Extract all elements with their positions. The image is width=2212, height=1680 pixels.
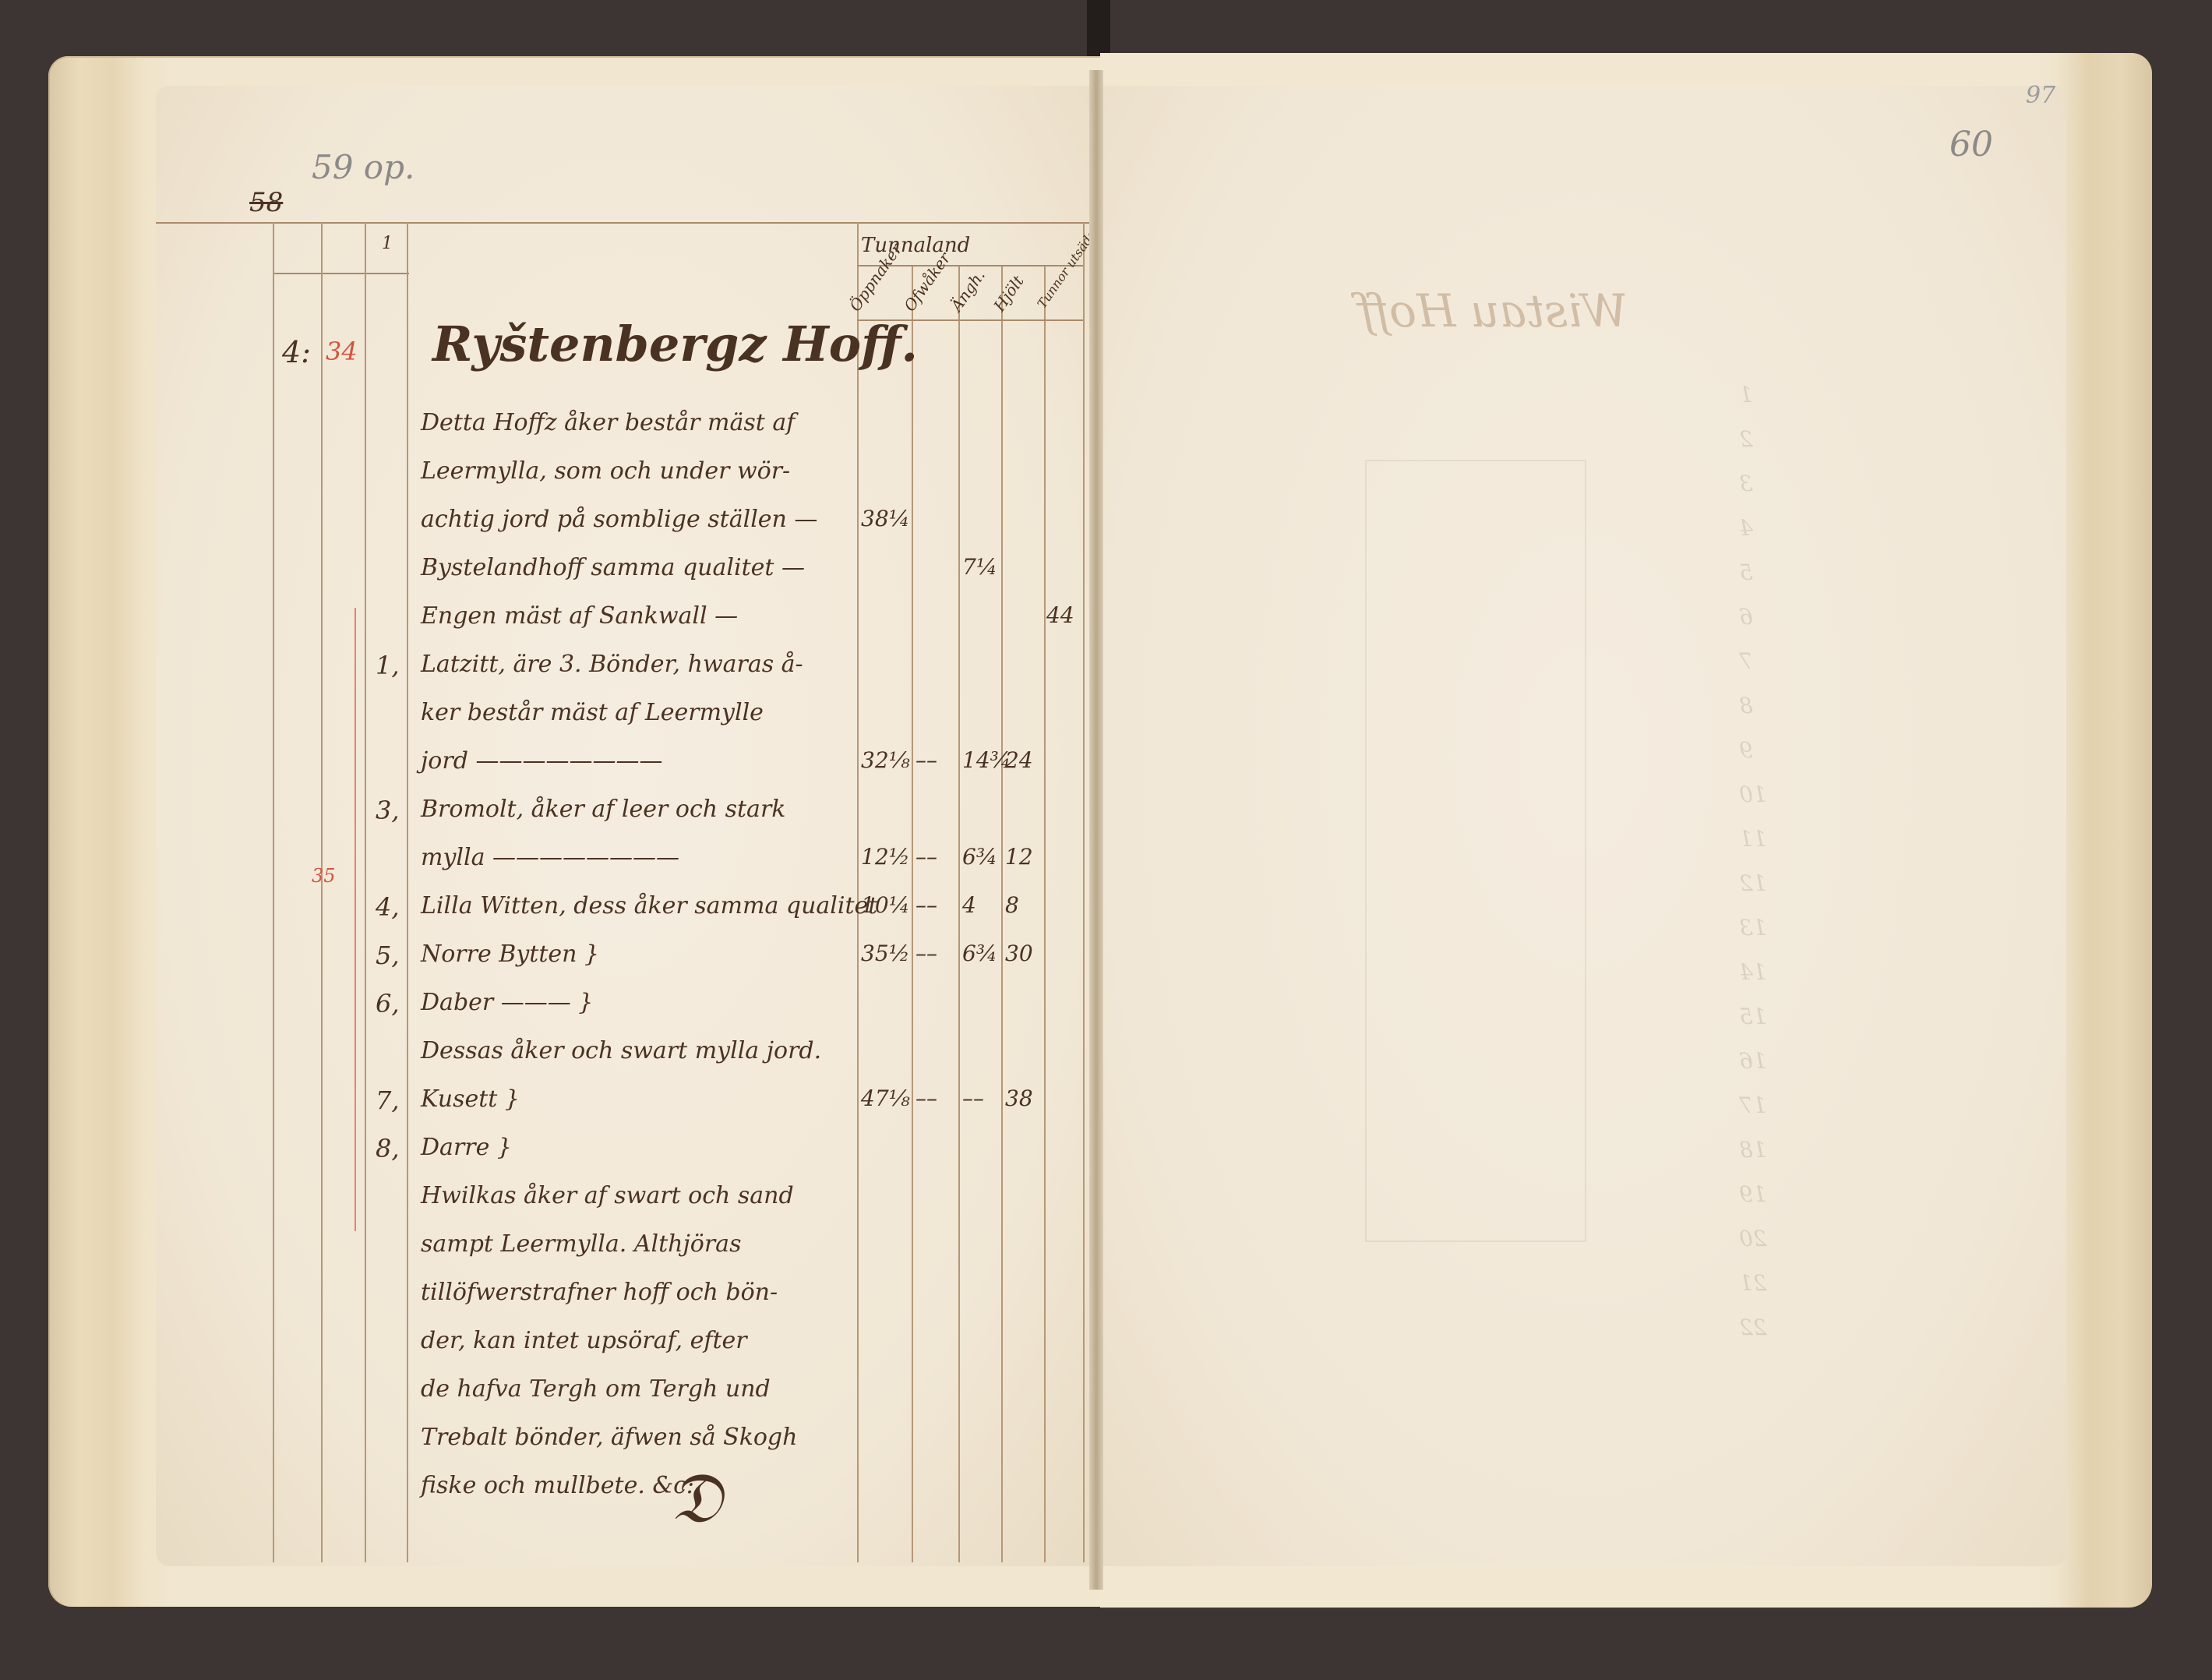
- margin-mark: 1: [382, 234, 393, 253]
- entry-row-value: 6¾: [962, 941, 997, 966]
- col-rule-6: [1083, 222, 1085, 1562]
- entry-row-number: 5,: [376, 941, 400, 970]
- margin-header-rule: [273, 273, 409, 274]
- entry-row-value: ––: [915, 844, 937, 870]
- bleed-through-number: 8: [1739, 693, 1753, 718]
- col-rule-4: [1001, 265, 1003, 1562]
- entry-row-text: Latzitt, äre 3. Bönder, hwaras å-: [421, 651, 803, 678]
- bleed-through-number: 16: [1739, 1048, 1767, 1074]
- bleed-through-number: 11: [1739, 826, 1767, 852]
- entry-row-value: 14¾: [962, 747, 1011, 773]
- entry-row-text: achtig jord på somblige ställen —: [421, 506, 817, 533]
- entry-row-value: ––: [915, 747, 937, 773]
- col-rule-5: [1044, 265, 1046, 1562]
- entry-row-value: 38: [1005, 1085, 1033, 1111]
- bleed-through-number: 15: [1739, 1004, 1767, 1029]
- entry-row-text: Lilla Witten, dess åker samma qualitet: [421, 892, 877, 919]
- entry-row-value: ––: [915, 892, 937, 918]
- entry-row-value: 8: [1005, 892, 1019, 918]
- entry-row-value: 6¾: [962, 844, 997, 870]
- bleed-through-box: [1365, 460, 1586, 1242]
- entry-row-text: tillöfwerstrafner hoff och bön-: [421, 1279, 778, 1306]
- entry-row-value: 4: [962, 892, 976, 918]
- entry-row-text: Norre Bytten }: [421, 941, 599, 968]
- entry-row-value: 10¼: [861, 892, 910, 918]
- entry-row-number: 8,: [376, 1134, 400, 1163]
- column-header-ofwaker: Ofwåker: [900, 249, 954, 315]
- bleed-through-number: 9: [1739, 737, 1753, 763]
- bleed-through-number: 13: [1739, 915, 1767, 941]
- entry-row-value: 30: [1005, 941, 1033, 966]
- page-heading: Ryštenbergz Hoff.: [432, 316, 918, 372]
- entry-row-text: Dessas åker och swart mylla jord.: [421, 1037, 821, 1064]
- entry-row-text: Bromolt, åker af leer och stark: [421, 796, 785, 823]
- entry-row-value: 44: [1046, 602, 1074, 628]
- closing-flourish: 𝔇: [670, 1457, 722, 1540]
- bleed-through-number: 14: [1739, 959, 1767, 985]
- entry-row-text: Darre }: [421, 1134, 512, 1161]
- pencil-folio-number: 59 op.: [312, 148, 415, 186]
- entry-row-number: 6,: [376, 989, 400, 1018]
- entry-row-text: Daber ——— }: [421, 989, 593, 1016]
- bleed-through-number: 17: [1739, 1092, 1767, 1118]
- column-header-hjolt: Hjölt: [990, 272, 1027, 315]
- entry-row-value: 38¼: [861, 506, 910, 531]
- entry-row-value: 7¼: [962, 554, 997, 580]
- bleed-through-number: 2: [1739, 426, 1753, 452]
- entry-row-text: sampt Leermylla. Althjöras: [421, 1230, 741, 1258]
- margin-rule-3: [365, 222, 366, 1562]
- entry-number-red: 34: [326, 337, 358, 366]
- entry-row-text: Bystelandhoff samma qualitet —: [421, 554, 805, 581]
- entry-row-number: 1,: [376, 651, 400, 680]
- entry-row-value: 47⅛: [861, 1085, 910, 1111]
- bleed-through-number: 21: [1739, 1270, 1767, 1296]
- left-page: 58 59 op. Tunnaland Öppnaker Ofwåker Äng…: [156, 86, 1095, 1566]
- entry-row-text: der, kan intet upsöraf, efter: [421, 1327, 747, 1354]
- bleed-through-number: 6: [1739, 604, 1753, 630]
- col-rule-3: [958, 265, 960, 1562]
- entry-row-text: jord ————————: [421, 747, 662, 775]
- entry-row-value: ––: [915, 941, 937, 966]
- margin-rule-4: [407, 222, 408, 1562]
- bleed-through-number: 18: [1739, 1137, 1767, 1163]
- bleed-through-number: 5: [1739, 559, 1753, 585]
- entry-number: 4:: [282, 335, 311, 369]
- entry-row-text: fiske och mullbete. &c:: [421, 1472, 694, 1499]
- entry-row-value: ––: [915, 1085, 937, 1111]
- bleed-through-number: 3: [1739, 471, 1753, 496]
- margin-rule-1: [273, 222, 274, 1562]
- bleed-through-heading: Wistau Hoff: [1357, 284, 1628, 337]
- col-rule-2: [912, 265, 913, 1562]
- entry-row-text: Leermylla, som och under wör-: [421, 457, 790, 485]
- entry-row-value: ––: [962, 1085, 984, 1111]
- bleed-through-number: 7: [1739, 648, 1753, 674]
- red-marginal-number: 35: [312, 865, 336, 887]
- entry-row-text: ker består mäst af Leermylle: [421, 699, 764, 726]
- red-bracket-line: [355, 608, 356, 1231]
- entry-row-value: 35½: [861, 941, 910, 966]
- bleed-through-number: 20: [1739, 1226, 1767, 1251]
- entry-row-text: de hafva Tergh om Tergh und: [421, 1375, 771, 1403]
- entry-row-text: Trebalt bönder, äfwen så Skogh: [421, 1424, 797, 1451]
- entry-row-number: 3,: [376, 796, 400, 825]
- old-folio-number: 58: [249, 187, 283, 218]
- entry-row-value: 32⅛: [861, 747, 910, 773]
- column-header-angh: Ängh.: [947, 266, 989, 315]
- entry-row-value: 24: [1005, 747, 1033, 773]
- column-group-header: Tunnaland: [861, 234, 970, 257]
- entry-row-number: 4,: [376, 892, 400, 922]
- book-spread: 58 59 op. Tunnaland Öppnaker Ofwåker Äng…: [0, 0, 2212, 1680]
- margin-rule-2: [321, 222, 323, 1562]
- bleed-through-number: 22: [1739, 1315, 1767, 1340]
- bleed-through-number: 4: [1739, 515, 1753, 541]
- pencil-folio-number: 60: [1949, 125, 1993, 164]
- top-rule: [156, 222, 1091, 224]
- entry-row-text: Detta Hoffz åker består mäst af: [421, 409, 795, 436]
- entry-row-value: 12½: [861, 844, 910, 870]
- underlying-folio-number: 97: [2026, 82, 2055, 109]
- bleed-through-number: 19: [1739, 1181, 1767, 1207]
- entry-row-value: 12: [1005, 844, 1033, 870]
- entry-row-text: mylla ————————: [421, 844, 679, 871]
- bleed-through-number: 12: [1739, 870, 1767, 896]
- bleed-through-number: 1: [1739, 382, 1753, 408]
- entry-row-text: Hwilkas åker af swart och sand: [421, 1182, 794, 1209]
- bleed-through-number: 10: [1739, 782, 1767, 807]
- gutter: [1089, 70, 1103, 1590]
- entry-row-text: Kusett }: [421, 1085, 520, 1113]
- right-page: 60 Wistau Hoff 1234567891011121314151617…: [1100, 86, 2066, 1566]
- entry-row-text: Engen mäst af Sankwall —: [421, 602, 738, 630]
- entry-row-number: 7,: [376, 1085, 400, 1115]
